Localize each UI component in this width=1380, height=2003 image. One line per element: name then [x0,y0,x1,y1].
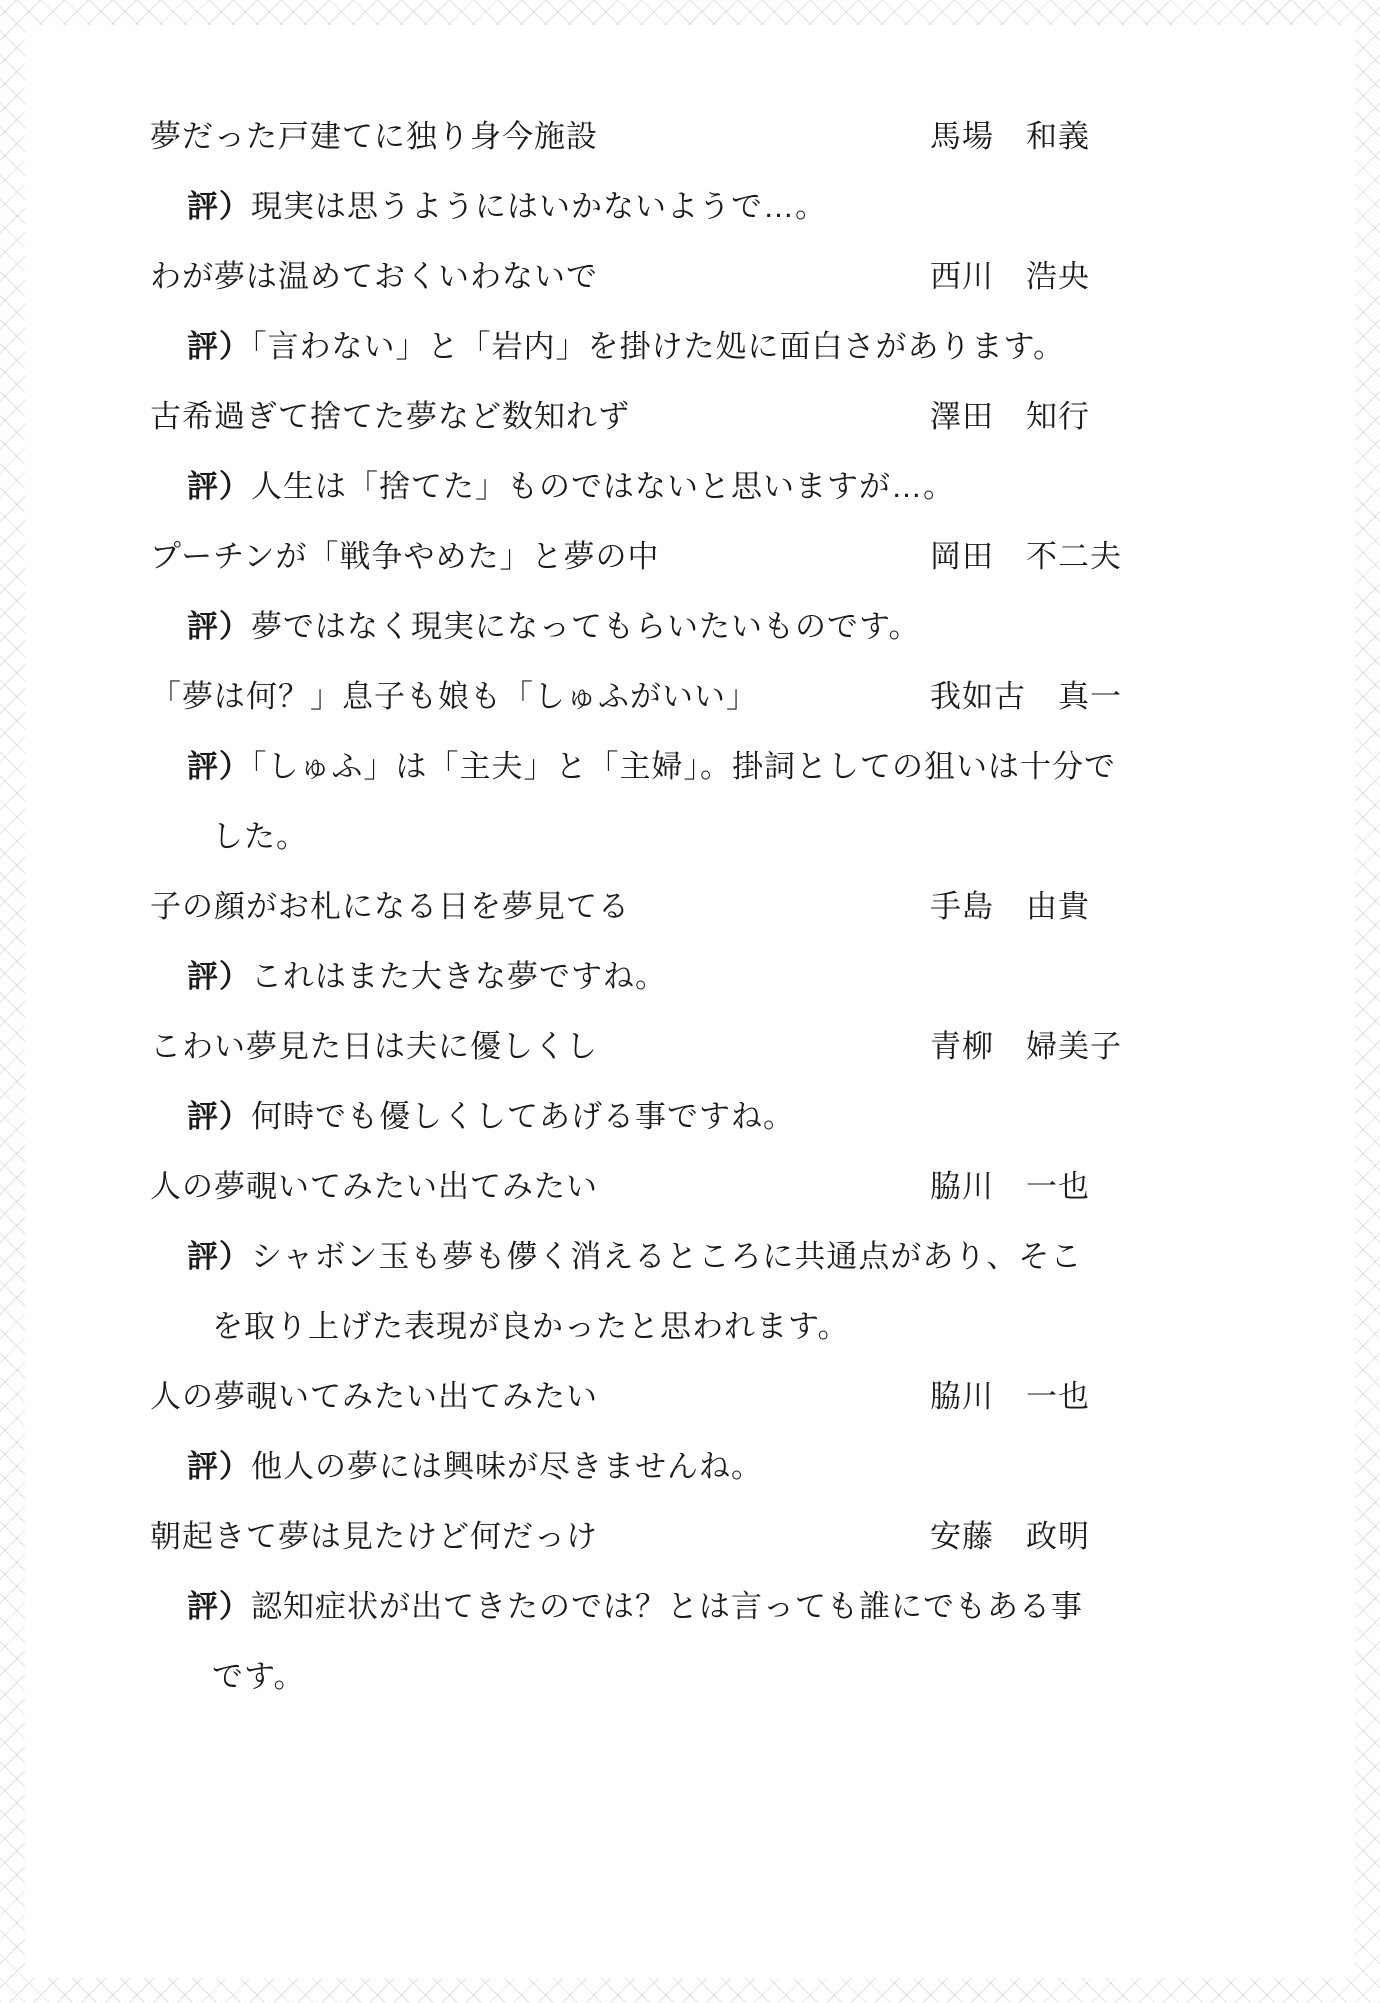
author-name: 手島 由貴 [930,887,1090,927]
poem-row: 古希過ぎて捨てた夢など数知れず 澤田 知行 [150,397,1295,437]
author-name: 脇川 一也 [930,1377,1090,1417]
poem-text: プーチンが「戦争やめた」と夢の中 [150,539,660,574]
poem-entry: 人の夢覗いてみたい出てみたい 脇川 一也 評）シャボン玉も夢も儚く消えるところに… [150,1167,1295,1347]
comment-line: 評）「しゅふ」は「主夫」と「主婦」。掛詞としての狙いは十分で [150,747,1295,787]
poem-text: こわい夢見た日は夫に優しくし [150,1029,598,1064]
comment-block: 評）「言わない」と「岩内」を掛けた処に面白さがあります。 [150,327,1295,367]
comment-line: 評）シャボン玉も夢も儚く消えるところに共通点があり、そこ [150,1237,1295,1277]
comment-text: 夢ではなく現実になってもらいたいものです。 [251,609,921,644]
poem-text: 夢だった戸建てに独り身今施設 [150,119,598,154]
author-name: 馬場 和義 [930,117,1090,157]
comment-text: これはまた大きな夢ですね。 [251,959,667,994]
poem-row: 人の夢覗いてみたい出てみたい 脇川 一也 [150,1167,1295,1207]
poem-row: 子の顔がお札になる日を夢見てる 手島 由貴 [150,887,1295,927]
comment-text: 「しゅふ」は「主夫」と「主婦」。掛詞としての狙いは十分で [251,749,1116,784]
poem-row: 「夢は何？」息子も娘も「しゅふがいい」 我如古 真一 [150,677,1295,717]
comment-text: 何時でも優しくしてあげる事ですね。 [251,1099,795,1134]
poem-entry: 朝起きて夢は見たけど何だっけ 安藤 政明 評）認知症状が出てきたのでは？とは言っ… [150,1517,1295,1697]
comment-prefix: 評） [187,749,251,784]
author-name: 安藤 政明 [930,1517,1090,1557]
comment-block: 評）これはまた大きな夢ですね。 [150,957,1295,997]
poem-entry: 「夢は何？」息子も娘も「しゅふがいい」 我如古 真一 評）「しゅふ」は「主夫」と… [150,677,1295,857]
comment-line: 評）他人の夢には興味が尽きませんね。 [150,1447,1295,1487]
comment-text: です。 [212,1659,306,1694]
poem-row: わが夢は温めておくいわないで 西川 浩央 [150,257,1295,297]
comment-prefix: 評） [187,189,251,224]
comment-line: です。 [150,1657,1295,1697]
author-name: 岡田 不二夫 [930,537,1122,577]
comment-block: 評）シャボン玉も夢も儚く消えるところに共通点があり、そこを取り上げた表現が良かっ… [150,1237,1295,1347]
comment-prefix: 評） [187,469,251,504]
comment-block: 評）何時でも優しくしてあげる事ですね。 [150,1097,1295,1137]
poem-text: 古希過ぎて捨てた夢など数知れず [150,399,630,434]
comment-block: 評）夢ではなく現実になってもらいたいものです。 [150,607,1295,647]
comment-line: を取り上げた表現が良かったと思われます。 [150,1307,1295,1347]
comment-text: 他人の夢には興味が尽きませんね。 [251,1449,763,1484]
comment-prefix: 評） [187,1589,251,1624]
comment-line: 評）夢ではなく現実になってもらいたいものです。 [150,607,1295,647]
page-background: { "page": { "paper_color": "#ffffff", "t… [0,0,1380,2003]
author-name: 我如古 真一 [930,677,1122,717]
comment-text: した。 [212,819,308,854]
comment-line: 評）何時でも優しくしてあげる事ですね。 [150,1097,1295,1137]
comment-line: した。 [150,817,1295,857]
comment-text: 現実は思うようにはいかないようで…。 [251,189,827,224]
document-page: 夢だった戸建てに独り身今施設 馬場 和義 評）現実は思うようにはいかないようで…… [25,25,1355,1978]
poem-text: 人の夢覗いてみたい出てみたい [150,1169,598,1204]
poem-row: 夢だった戸建てに独り身今施設 馬場 和義 [150,117,1295,157]
poem-entry: 夢だった戸建てに独り身今施設 馬場 和義 評）現実は思うようにはいかないようで…… [150,117,1295,227]
poem-entry: プーチンが「戦争やめた」と夢の中 岡田 不二夫 評）夢ではなく現実になってもらい… [150,537,1295,647]
comment-text: シャボン玉も夢も儚く消えるところに共通点があり、そこ [251,1239,1082,1274]
comment-prefix: 評） [187,329,251,364]
comment-text: 認知症状が出てきたのでは？とは言っても誰にでもある事 [251,1589,1083,1624]
poem-entry: わが夢は温めておくいわないで 西川 浩央 評）「言わない」と「岩内」を掛けた処に… [150,257,1295,367]
comment-prefix: 評） [187,959,251,994]
comment-text: 「言わない」と「岩内」を掛けた処に面白さがあります。 [251,329,1065,364]
poem-entry: 子の顔がお札になる日を夢見てる 手島 由貴 評）これはまた大きな夢ですね。 [150,887,1295,997]
poem-entry: こわい夢見た日は夫に優しくし 青柳 婦美子 評）何時でも優しくしてあげる事ですね… [150,1027,1295,1137]
comment-block: 評）認知症状が出てきたのでは？とは言っても誰にでもある事です。 [150,1587,1295,1697]
author-name: 西川 浩央 [930,257,1090,297]
comment-text: を取り上げた表現が良かったと思われます。 [212,1309,850,1344]
poem-entry: 人の夢覗いてみたい出てみたい 脇川 一也 評）他人の夢には興味が尽きませんね。 [150,1377,1295,1487]
poem-row: 人の夢覗いてみたい出てみたい 脇川 一也 [150,1377,1295,1417]
poem-row: プーチンが「戦争やめた」と夢の中 岡田 不二夫 [150,537,1295,577]
author-name: 青柳 婦美子 [930,1027,1122,1067]
comment-line: 評）認知症状が出てきたのでは？とは言っても誰にでもある事 [150,1587,1295,1627]
comment-line: 評）現実は思うようにはいかないようで…。 [150,187,1295,227]
comment-prefix: 評） [187,609,251,644]
comment-prefix: 評） [187,1239,251,1274]
comment-line: 評）これはまた大きな夢ですね。 [150,957,1295,997]
author-name: 澤田 知行 [930,397,1090,437]
comment-prefix: 評） [187,1099,251,1134]
comment-block: 評）他人の夢には興味が尽きませんね。 [150,1447,1295,1487]
comment-line: 評）「言わない」と「岩内」を掛けた処に面白さがあります。 [150,327,1295,367]
comment-prefix: 評） [187,1449,251,1484]
poem-text: わが夢は温めておくいわないで [150,259,598,294]
comment-line: 評）人生は「捨てた」ものではないと思いますが…。 [150,467,1295,507]
poem-row: 朝起きて夢は見たけど何だっけ 安藤 政明 [150,1517,1295,1557]
poem-list: 夢だった戸建てに独り身今施設 馬場 和義 評）現実は思うようにはいかないようで…… [25,25,1355,1697]
poem-text: 子の顔がお札になる日を夢見てる [150,889,630,924]
poem-row: こわい夢見た日は夫に優しくし 青柳 婦美子 [150,1027,1295,1067]
poem-text: 人の夢覗いてみたい出てみたい [150,1379,598,1414]
comment-block: 評）「しゅふ」は「主夫」と「主婦」。掛詞としての狙いは十分でした。 [150,747,1295,857]
author-name: 脇川 一也 [930,1167,1090,1207]
comment-text: 人生は「捨てた」ものではないと思いますが…。 [251,469,955,504]
poem-text: 朝起きて夢は見たけど何だっけ [150,1519,598,1554]
poem-text: 「夢は何？」息子も娘も「しゅふがいい」 [150,679,758,714]
poem-entry: 古希過ぎて捨てた夢など数知れず 澤田 知行 評）人生は「捨てた」ものではないと思… [150,397,1295,507]
comment-block: 評）現実は思うようにはいかないようで…。 [150,187,1295,227]
comment-block: 評）人生は「捨てた」ものではないと思いますが…。 [150,467,1295,507]
